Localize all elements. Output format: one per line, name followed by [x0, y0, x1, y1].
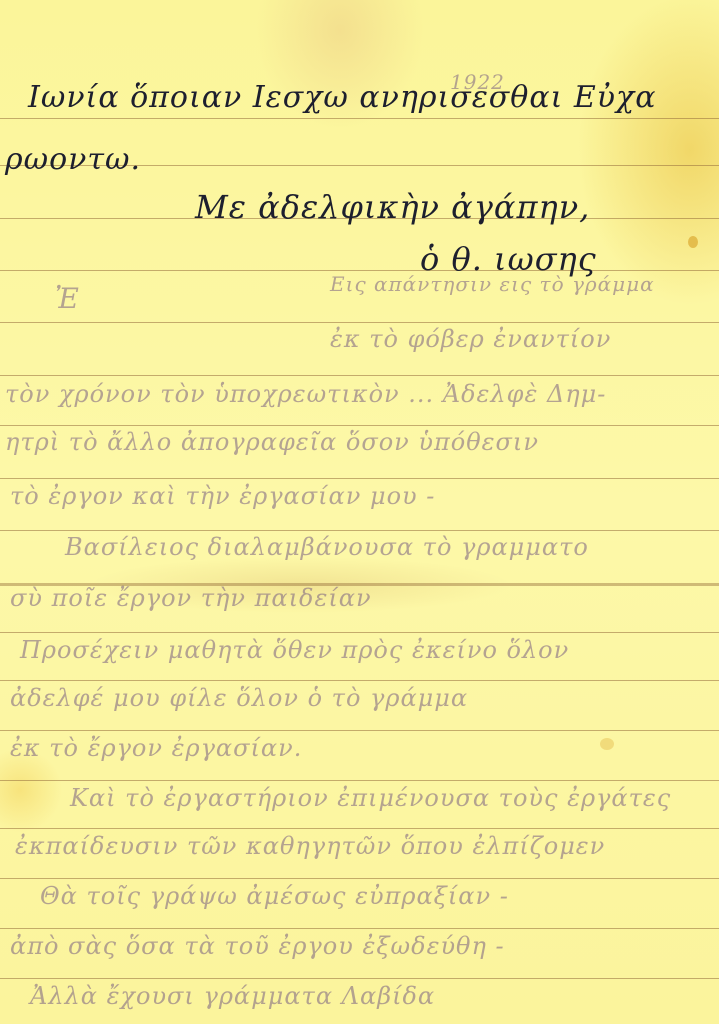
ruled-line	[0, 632, 719, 633]
faint-line: ητρὶ τὸ ἄλλο ἀπογραφεῖα ὅσον ὑπόθεσιν	[5, 428, 539, 456]
ruled-line	[0, 828, 719, 829]
ruled-line	[0, 478, 719, 479]
letter-line-2: ρωοντω.	[5, 142, 141, 177]
ruled-line	[0, 322, 719, 323]
faint-line: Προσέχειν μαθητὰ ὅθεν πρὸς ἐκείνο ὅλον	[20, 636, 569, 664]
letter-page: 1922 Εις απάντησιν εις τὸ γράμμα Ἐ ἐκ τὸ…	[0, 0, 719, 1024]
faint-line: Καὶ τὸ ἐργαστήριον ἐπιμένουσα τοὺς ἐργάτ…	[70, 784, 671, 812]
ruled-line	[0, 780, 719, 781]
ruled-line	[0, 878, 719, 879]
ruled-line	[0, 375, 719, 376]
ink-stain	[688, 236, 698, 248]
faint-line: ἐκπαίδευσιν τῶν καθηγητῶν ὅπου ἐλπίζομεν	[15, 832, 605, 860]
letter-line-1: Ιωνία ὅποιαν Ιεσχω ανηρισεσθαι Εὐχα	[28, 80, 656, 115]
ruled-line	[0, 680, 719, 681]
faint-line: ἀπὸ σὰς ὅσα τὰ τοῦ ἐργου ἐξωδεύθη -	[10, 932, 505, 960]
faint-line: ἐκ τὸ ἔργον ἐργασίαν.	[10, 734, 302, 762]
ruled-line	[0, 978, 719, 979]
ruled-line	[0, 928, 719, 929]
ruled-line	[0, 730, 719, 731]
ink-stain	[600, 738, 614, 750]
faint-line: τὸ ἐργον καὶ τὴν ἐργασίαν μου -	[10, 482, 435, 510]
faint-line: ἐκ τὸ φόβερ ἐναντίον	[330, 325, 611, 353]
faint-line: Ἐ	[55, 282, 80, 315]
faint-line: Ἀλλὰ ἔχουσι γράμματα Λαβίδα	[30, 982, 435, 1010]
ruled-line	[0, 118, 719, 119]
ruled-line	[0, 425, 719, 426]
faint-line: Θὰ τοῖς γράψω ἀμέσως εὐπραξίαν -	[40, 882, 509, 910]
letter-closing: Με ἀδελφικὴν ἀγάπην,	[195, 188, 590, 226]
ruled-line	[0, 530, 719, 531]
faint-line: τὸν χρόνον τὸν ὑποχρεωτικὸν ... Ἀδελφὲ Δ…	[5, 380, 606, 408]
faint-line: σὺ ποῖε ἔργον τὴν παιδείαν	[10, 584, 372, 612]
faint-line: Βασίλειος διαλαμβάνουσα τὸ γραμματο	[65, 533, 589, 561]
ruled-line	[0, 270, 719, 271]
letter-signature: ὁ θ. ιωσης	[420, 240, 597, 278]
faint-line: ἀδελφέ μου φίλε ὅλον ὁ τὸ γράμμα	[10, 684, 468, 712]
